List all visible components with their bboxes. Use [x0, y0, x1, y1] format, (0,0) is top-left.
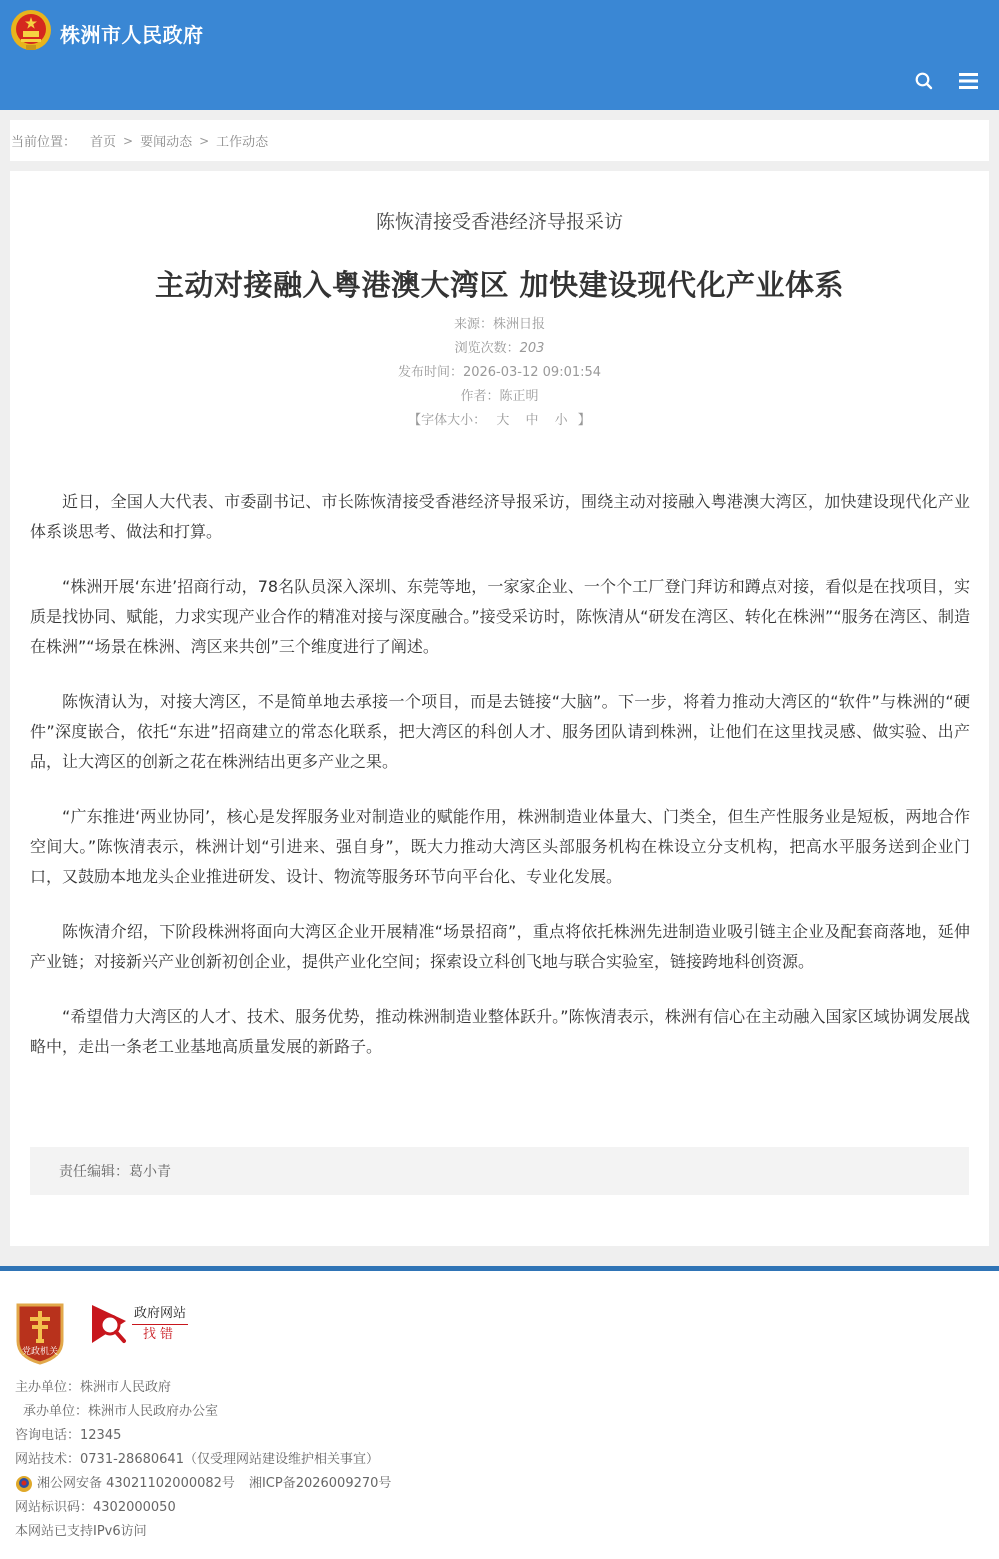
- footer-site-id: 网站标识码：4302000050: [15, 1496, 391, 1520]
- footer-organizer: 承办单位：株洲市人民政府办公室: [15, 1400, 391, 1424]
- font-size-medium[interactable]: 中: [525, 413, 538, 428]
- footer-tech: 网站技术：0731-28680641（仅受理网站建设维护相关事宜）: [15, 1448, 391, 1472]
- site-header: 株洲市人民政府: [0, 0, 999, 110]
- font-size-small[interactable]: 小: [555, 413, 568, 428]
- breadcrumb-news[interactable]: 要闻动态: [140, 131, 192, 150]
- article-paragraph: 近日，全国人大代表、市委副书记、市长陈恢清接受香港经济导报采访，围绕主动对接融入…: [30, 487, 970, 547]
- hotline-label: 咨询电话：: [15, 1424, 80, 1448]
- editor-name: 葛小青: [129, 1161, 171, 1181]
- meta-published-value: 2026-03-12 09:01:54: [463, 365, 601, 380]
- menu-icon[interactable]: [957, 70, 979, 92]
- meta-author-label: 作者：: [460, 389, 499, 404]
- police-badge-icon: [15, 1475, 33, 1493]
- meta-source: 来源：株洲日报: [10, 313, 989, 337]
- meta-views-label: 浏览次数：: [455, 341, 520, 356]
- site-error-report-badge[interactable]: 政府网站 找错: [92, 1304, 188, 1345]
- site-footer: 党政机关 政府网站 找错 主办单位：株洲市人民政府 承办单位：株洲市人民政府办公…: [0, 1266, 999, 1559]
- tech-label: 网站技术：: [15, 1448, 80, 1472]
- meta-views-value: 203: [520, 341, 545, 356]
- organizer-label: 承办单位：: [23, 1400, 88, 1424]
- article-paragraph: 陈恢清认为，对接大湾区，不是简单地去承接一个项目，而是去链接“大脑”。下一步，将…: [30, 687, 970, 777]
- editor-label: 责任编辑：: [59, 1161, 129, 1181]
- article-title: 主动对接融入粤港澳大湾区 加快建设现代化产业体系: [10, 263, 989, 304]
- search-icon[interactable]: [913, 70, 935, 92]
- meta-source-label: 来源：: [454, 317, 493, 332]
- article-meta: 来源：株洲日报 浏览次数：203 发布时间：2026-03-12 09:01:5…: [10, 313, 989, 433]
- footer-hotline: 咨询电话：12345: [15, 1424, 391, 1448]
- svg-text:党政机关: 党政机关: [22, 1345, 58, 1357]
- tech-value: 0731-28680641（仅受理网站建设维护相关事宜）: [80, 1448, 379, 1472]
- site-id-value: 4302000050: [93, 1496, 176, 1520]
- breadcrumb-separator: >: [199, 134, 209, 148]
- site-title[interactable]: 株洲市人民政府: [60, 19, 204, 48]
- national-emblem-icon[interactable]: [10, 9, 52, 51]
- magnifier-error-icon: [92, 1305, 128, 1345]
- breadcrumb-work-news[interactable]: 工作动态: [216, 131, 268, 150]
- meta-author: 作者：陈正明: [10, 385, 989, 409]
- breadcrumb-label: 当前位置：: [11, 131, 76, 150]
- error-badge-line1: 政府网站: [132, 1304, 188, 1325]
- font-size-large[interactable]: 大: [496, 413, 509, 428]
- sponsor-value: 株洲市人民政府: [80, 1376, 171, 1400]
- article-paragraph: 陈恢清介绍，下阶段株洲将面向大湾区企业开展精准“场景招商”，重点将依托株洲先进制…: [30, 917, 970, 977]
- breadcrumb-home[interactable]: 首页: [90, 131, 116, 150]
- article-subtitle: 陈恢清接受香港经济导报采访: [10, 207, 989, 234]
- responsible-editor: 责任编辑： 葛小青: [30, 1147, 969, 1195]
- meta-published: 发布时间：2026-03-12 09:01:54: [10, 361, 989, 385]
- font-size-close: 】: [578, 413, 591, 428]
- meta-published-label: 发布时间：: [398, 365, 463, 380]
- font-size-label: 【字体大小：: [408, 413, 486, 428]
- breadcrumb: 当前位置： 首页 > 要闻动态 > 工作动态: [10, 120, 989, 161]
- error-badge-line2: 找错: [132, 1325, 188, 1345]
- meta-author-value: 陈正明: [500, 389, 539, 404]
- meta-source-value: 株洲日报: [493, 317, 545, 332]
- article-body: 近日，全国人大代表、市委副书记、市长陈恢清接受香港经济导报采访，围绕主动对接融入…: [30, 487, 970, 1087]
- meta-views: 浏览次数：203: [10, 337, 989, 361]
- footer-records: 湘公网安备 43021102000082号 湘ICP备2026009270号: [15, 1472, 391, 1496]
- police-record-link[interactable]: 湘公网安备 43021102000082号: [37, 1472, 235, 1496]
- article-paragraph: “广东推进‘两业协同’，核心是发挥服务业对制造业的赋能作用，株洲制造业体量大、门…: [30, 802, 970, 892]
- footer-info: 主办单位：株洲市人民政府 承办单位：株洲市人民政府办公室 咨询电话：12345 …: [15, 1376, 391, 1544]
- organizer-value: 株洲市人民政府办公室: [88, 1400, 218, 1424]
- article-container: 陈恢清接受香港经济导报采访 主动对接融入粤港澳大湾区 加快建设现代化产业体系 来…: [10, 171, 989, 1246]
- sponsor-label: 主办单位：: [15, 1376, 80, 1400]
- footer-ipv6: 本网站已支持IPv6访问: [15, 1520, 391, 1544]
- hotline-value: 12345: [80, 1424, 121, 1448]
- party-government-badge-icon[interactable]: 党政机关: [14, 1301, 66, 1365]
- article-paragraph: “希望借力大湾区的人才、技术、服务优势，推动株洲制造业整体跃升。”陈恢清表示，株…: [30, 1002, 970, 1062]
- footer-sponsor: 主办单位：株洲市人民政府: [15, 1376, 391, 1400]
- font-size-control: 【字体大小： 大 中 小 】: [10, 409, 989, 433]
- breadcrumb-separator: >: [123, 134, 133, 148]
- site-id-label: 网站标识码：: [15, 1496, 93, 1520]
- article-paragraph: “株洲开展‘东进’招商行动，78名队员深入深圳、东莞等地，一家家企业、一个个工厂…: [30, 572, 970, 662]
- icp-record-link[interactable]: 湘ICP备2026009270号: [249, 1472, 391, 1496]
